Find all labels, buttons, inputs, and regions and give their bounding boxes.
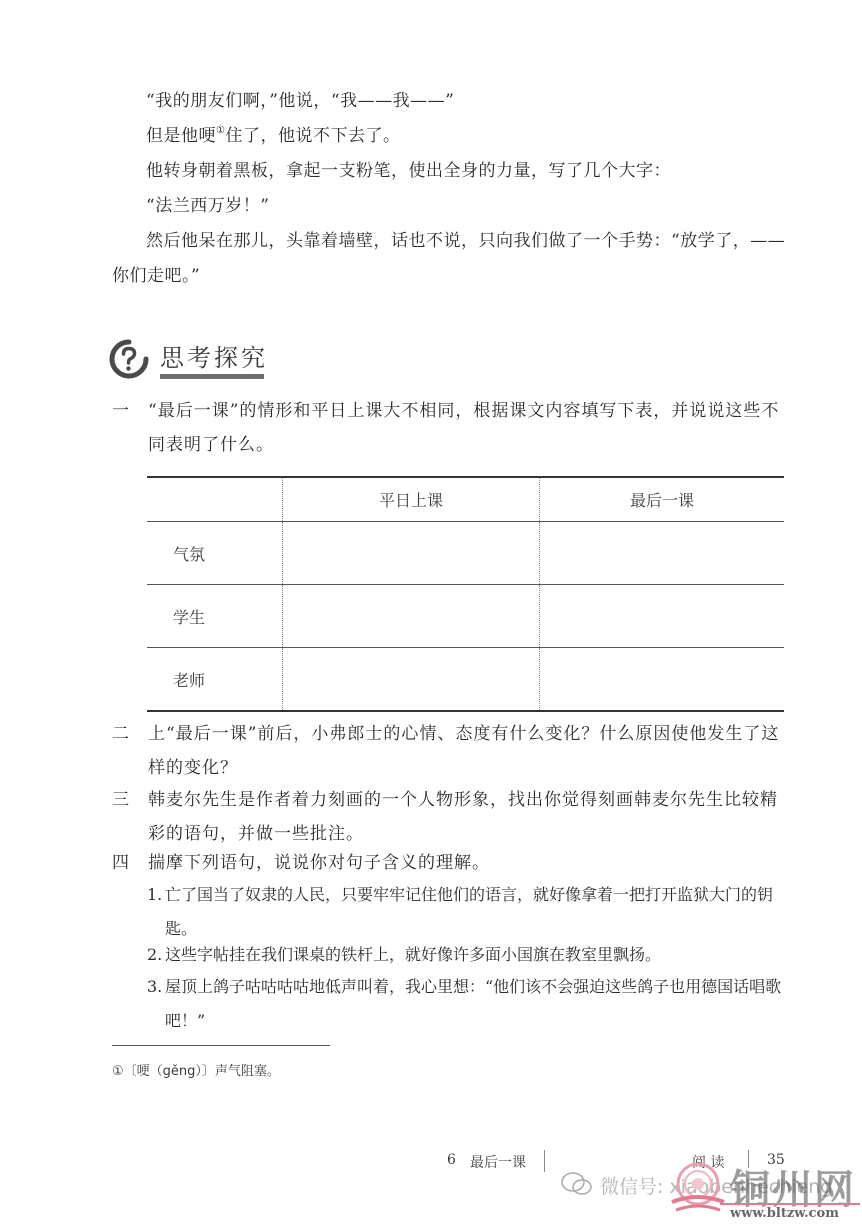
row-label: 老师 bbox=[147, 648, 283, 712]
passage-line: 他转身朝着黑板，拿起一支粉笔，使出全身的力量，写了几个大字： bbox=[112, 154, 792, 189]
footer-divider bbox=[544, 1150, 545, 1172]
table-cell[interactable] bbox=[540, 648, 785, 712]
watermark-logo-icon bbox=[668, 1160, 728, 1215]
table-row: 学生 bbox=[147, 585, 784, 648]
question-number: 二 bbox=[112, 717, 142, 751]
sub-item-text: 这些字帖挂在我们课桌的铁杆上，就好像许多面小国旗在教室里飘扬。 bbox=[165, 938, 792, 972]
question-1: 一 “最后一课”的情形和平日上课大不相同，根据课文内容填写下表，并说说这些不同表… bbox=[112, 394, 792, 462]
footnote-divider bbox=[112, 1045, 330, 1046]
sub-item-text: 屋顶上鸽子咕咕咕咕地低声叫着，我心里想：“他们该不会强迫这些鸽子也用德国话唱歌吧… bbox=[165, 970, 792, 1038]
table-cell[interactable] bbox=[540, 585, 785, 648]
section-title: 思考探究 bbox=[160, 338, 268, 373]
table-header bbox=[147, 477, 283, 522]
sub-item-3: 3. 屋顶上鸽子咕咕咕咕地低声叫着，我心里想：“他们该不会强迫这些鸽子也用德国话… bbox=[147, 970, 792, 1038]
question-number: 四 bbox=[112, 846, 142, 880]
question-number: 一 bbox=[112, 394, 142, 428]
table-row: 气氛 bbox=[147, 522, 784, 585]
comparison-table: 平日上课 最后一课 气氛 学生 老师 bbox=[147, 476, 784, 712]
question-3: 三 韩麦尔先生是作者着力刻画的一个人物形象，找出你觉得刻画韩麦尔先生比较精彩的语… bbox=[112, 783, 792, 851]
question-text: 韩麦尔先生是作者着力刻画的一个人物形象，找出你觉得刻画韩麦尔先生比较精彩的语句，… bbox=[148, 783, 792, 851]
question-2: 二 上“最后一课”前后，小弗郎士的心情、态度有什么变化？什么原因使他发生了这样的… bbox=[112, 717, 792, 785]
table-header: 最后一课 bbox=[540, 477, 785, 522]
question-4: 四 揣摩下列语句，说说你对句子含义的理解。 bbox=[112, 846, 792, 880]
row-label: 学生 bbox=[147, 585, 283, 648]
chapter-title: 最后一课 bbox=[470, 1152, 526, 1172]
sub-item-number: 3. bbox=[147, 970, 162, 1004]
sub-item-number: 2. bbox=[147, 938, 162, 972]
sub-item-text: 亡了国当了奴隶的人民，只要牢牢记住他们的语言，就好像拿着一把打开监狱大门的钥匙。 bbox=[165, 878, 792, 946]
table-header: 平日上课 bbox=[283, 477, 540, 522]
heading-underline bbox=[160, 374, 264, 379]
table-row: 老师 bbox=[147, 648, 784, 712]
question-number: 三 bbox=[112, 783, 142, 817]
question-text: 揣摩下列语句，说说你对句子含义的理解。 bbox=[148, 846, 792, 880]
passage-line: 但是他哽①住了，他说不下去了。 bbox=[112, 119, 792, 154]
sub-item-1: 1. 亡了国当了奴隶的人民，只要牢牢记住他们的语言，就好像拿着一把打开监狱大门的… bbox=[147, 878, 792, 946]
table-cell[interactable] bbox=[283, 648, 540, 712]
row-label: 气氛 bbox=[147, 522, 283, 585]
wechat-icon bbox=[560, 1170, 594, 1198]
passage-line: “我的朋友们啊，”他说，“我——我——” bbox=[112, 84, 792, 119]
passage-line: “法兰西万岁！” bbox=[112, 189, 792, 224]
table-cell[interactable] bbox=[283, 585, 540, 648]
table-cell[interactable] bbox=[283, 522, 540, 585]
chapter-number: 6 bbox=[447, 1152, 456, 1168]
question-text: “最后一课”的情形和平日上课大不相同，根据课文内容填写下表，并说说这些不同表明了… bbox=[148, 394, 792, 462]
question-circle-icon bbox=[108, 338, 150, 380]
sub-item-number: 1. bbox=[147, 878, 162, 912]
passage-line: 然后他呆在那儿，头靠着墙壁，话也不说，只向我们做了一个手势：“放学了，——你们走… bbox=[112, 224, 792, 294]
sub-item-2: 2. 这些字帖挂在我们课桌的铁杆上，就好像许多面小国旗在教室里飘扬。 bbox=[147, 938, 792, 972]
table-header-row: 平日上课 最后一课 bbox=[147, 477, 784, 522]
watermark-underline bbox=[720, 1203, 860, 1205]
table-cell[interactable] bbox=[540, 522, 785, 585]
watermark-url: www.bltzw.com bbox=[730, 1206, 839, 1221]
passage: “我的朋友们啊，”他说，“我——我——” 但是他哽①住了，他说不下去了。 他转身… bbox=[112, 84, 792, 294]
footnote: ①〔哽（gěng）〕声气阻塞。 bbox=[112, 1060, 280, 1079]
question-text: 上“最后一课”前后，小弗郎士的心情、态度有什么变化？什么原因使他发生了这样的变化… bbox=[148, 717, 792, 785]
